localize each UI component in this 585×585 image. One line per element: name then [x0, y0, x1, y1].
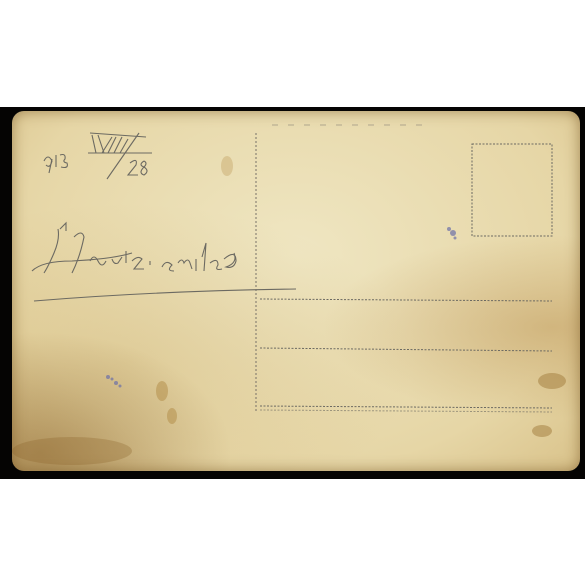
stains — [12, 156, 566, 465]
date-note — [44, 133, 152, 179]
postcard-back: 913 VIII/28 Hévízi emlék — [12, 111, 580, 471]
ink-smudge — [106, 227, 457, 388]
postcard-markings — [12, 111, 580, 471]
stamp-box — [472, 144, 552, 236]
address-lines — [260, 299, 552, 412]
